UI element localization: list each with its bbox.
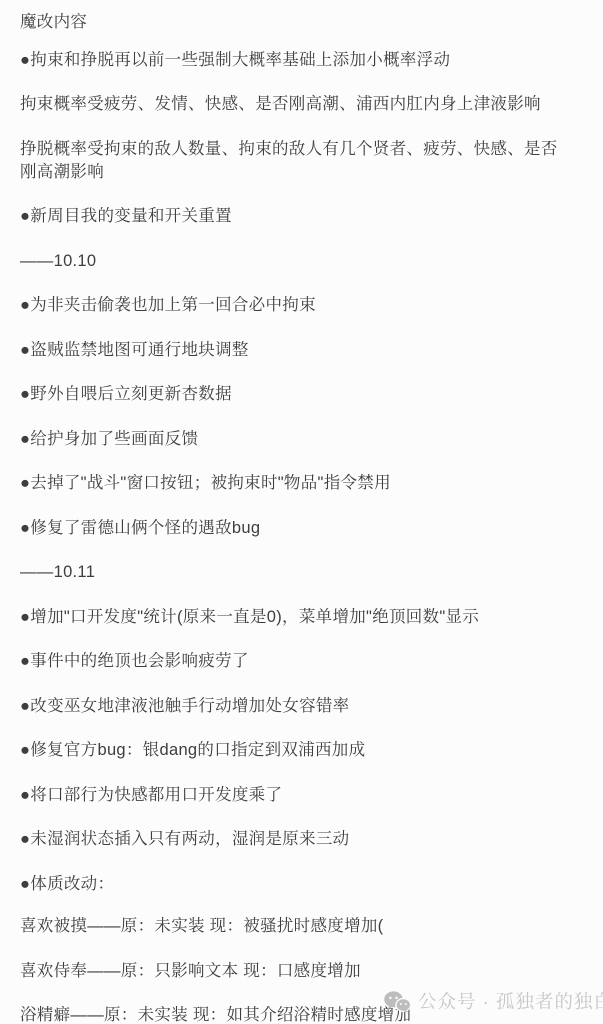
paragraph: ●给护身加了些画面反馈 (20, 428, 585, 451)
paragraph: ●修复了雷德山俩个怪的遇敌bug (20, 517, 585, 540)
paragraph: ●体质改动： (20, 873, 585, 896)
paragraph: ●增加"口开发度"统计(原来一直是0)，菜单增加"绝顶回数"显示 (20, 606, 585, 629)
date-separator: ——10.10 (20, 250, 585, 273)
paragraph: ●事件中的绝顶也会影响疲劳了 (20, 650, 585, 673)
article-body: 魔改内容●拘束和挣脱再以前一些强制大概率基础上添加小概率浮动拘束概率受疲劳、发情… (0, 0, 603, 1024)
paragraph: 挣脱概率受拘束的敌人数量、拘束的敌人有几个贤者、疲劳、快感、是否 刚高潮影响 (20, 138, 585, 184)
paragraph: ●野外自喂后立刻更新杏数据 (20, 383, 585, 406)
paragraph: ●改变巫女地津液池触手行动增加处女容错率 (20, 695, 585, 718)
paragraph-list: 魔改内容●拘束和挣脱再以前一些强制大概率基础上添加小概率浮动拘束概率受疲劳、发情… (20, 11, 585, 1024)
watermark-label: 公众号 · 孤独者的独白 (418, 991, 603, 1013)
wechat-icon (384, 991, 411, 1013)
paragraph: 喜欢被摸——原：未实装 现：被骚扰时感度增加( (20, 915, 585, 938)
article-title: 魔改内容 (20, 11, 585, 34)
paragraph: ●将口部行为快感都用口开发度乘了 (20, 784, 585, 807)
paragraph: ●未湿润状态插入只有两动，湿润是原来三动 (20, 828, 585, 851)
paragraph: ●盗贼监禁地图可通行地块调整 (20, 339, 585, 362)
paragraph: ●去掉了"战斗"窗口按钮；被拘束时"物品"指令禁用 (20, 472, 585, 495)
paragraph: ●新周目我的变量和开关重置 (20, 205, 585, 228)
paragraph: 拘束概率受疲劳、发情、快感、是否刚高潮、浦西内肛内身上津液影响 (20, 93, 585, 116)
wechat-official-account-watermark: 公众号 · 孤独者的独白 (384, 991, 603, 1013)
paragraph: ●为非夹击偷袭也加上第一回合必中拘束 (20, 294, 585, 317)
paragraph: ●拘束和挣脱再以前一些强制大概率基础上添加小概率浮动 (20, 49, 585, 72)
date-separator: ——10.11 (20, 561, 585, 584)
paragraph: 喜欢侍奉——原：只影响文本 现：口感度增加 (20, 960, 585, 983)
paragraph: ●修复官方bug：银dang的口指定到双浦西加成 (20, 739, 585, 762)
